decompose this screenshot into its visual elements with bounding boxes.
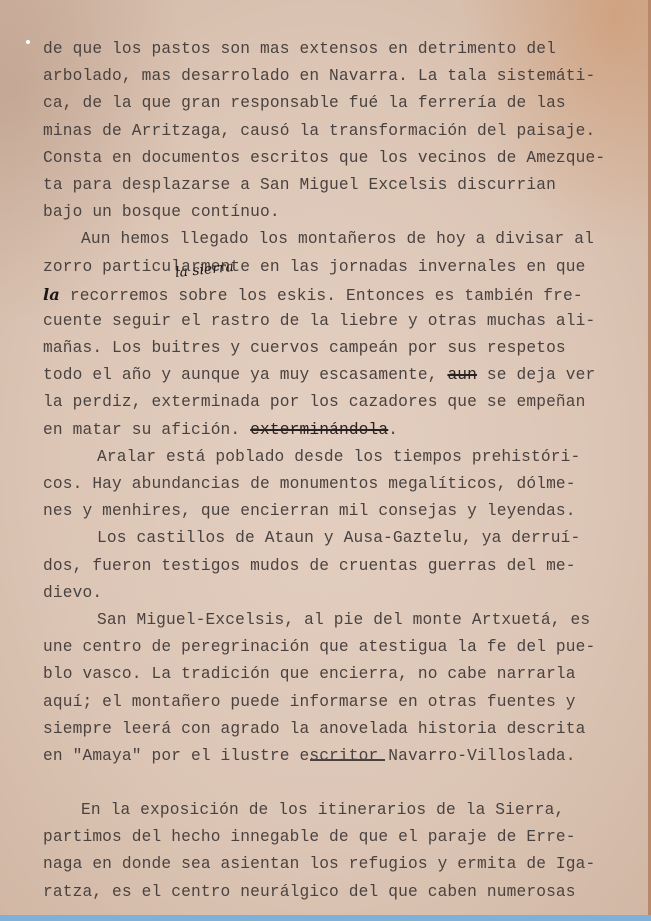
text-line-with-edit: la recorremos sobre los eskis. Entonces …	[43, 281, 643, 308]
text-line-content: en matar su afición.	[43, 421, 240, 439]
text-line: Aun hemos llegado los montañeros de hoy …	[43, 226, 643, 253]
handwritten-prefix: la	[43, 285, 60, 304]
viewer-bottom-bar	[0, 915, 651, 921]
text-line: ca, de la que gran responsable fué la fe…	[43, 90, 643, 117]
text-line: aquí; el montañero puede informarse en o…	[43, 689, 643, 716]
text-line: nes y menhires, que encierran mil consej…	[43, 498, 643, 525]
paragraph-3: Aralar está poblado desde los tiempos pr…	[43, 444, 643, 526]
paper-speck	[26, 40, 30, 44]
struck-word: aun	[447, 366, 477, 384]
text-line: une centro de peregrinación que atestigu…	[43, 634, 643, 661]
struck-word: exterminándola	[250, 421, 388, 439]
document-body: de que los pastos son mas extensos en de…	[43, 36, 643, 906]
text-line: cuente seguir el rastro de la liebre y o…	[43, 308, 643, 335]
text-line: dos, fueron testigos mudos de cruentas g…	[43, 553, 643, 580]
text-line-content: recorremos sobre los eskis. Entonces es …	[70, 287, 583, 305]
text-line: arbolado, mas desarrolado en Navarra. La…	[43, 63, 643, 90]
paragraph-4: Los castillos de Ataun y Ausa-Gaztelu, y…	[43, 525, 643, 607]
text-line: ratza, es el centro neurálgico del que c…	[43, 879, 643, 906]
text-line: Aralar está poblado desde los tiempos pr…	[43, 444, 643, 471]
text-line: de que los pastos son mas extensos en de…	[43, 36, 643, 63]
text-line: En la exposición de los itinerarios de l…	[43, 797, 643, 824]
text-line-with-strike: todo el año y aunque ya muy escasamente,…	[43, 362, 643, 389]
text-line: la perdiz, exterminada por los cazadores…	[43, 389, 643, 416]
text-line: bajo un bosque contínuo.	[43, 199, 643, 226]
text-line: minas de Arritzaga, causó la transformac…	[43, 118, 643, 145]
paragraph-6: En la exposición de los itinerarios de l…	[43, 797, 643, 906]
section-divider	[310, 759, 385, 761]
text-line: cos. Hay abundancias de monumentos megal…	[43, 471, 643, 498]
text-line: ta para desplazarse a San Miguel Excelsi…	[43, 172, 643, 199]
text-line: mañas. Los buitres y cuervos campeán por…	[43, 335, 643, 362]
text-line-content: todo el año y aunque ya muy escasamente,…	[43, 366, 595, 384]
text-line: naga en donde sea asientan los refugios …	[43, 851, 643, 878]
text-line: blo vasco. La tradición que encierra, no…	[43, 661, 643, 688]
text-line: siempre leerá con agrado la anovelada hi…	[43, 716, 643, 743]
paragraph-1: de que los pastos son mas extensos en de…	[43, 36, 643, 226]
text-line-with-strike: en matar su afición. exterminándola.	[43, 417, 643, 444]
text-line: dievo.	[43, 580, 643, 607]
text-line: Los castillos de Ataun y Ausa-Gaztelu, y…	[43, 525, 643, 552]
paragraph-2: Aun hemos llegado los montañeros de hoy …	[43, 226, 643, 444]
text-line: en "Amaya" por el ilustre escritor Navar…	[43, 743, 643, 770]
text-line: partimos del hecho innegable de que el p…	[43, 824, 643, 851]
text-line: Consta en documentos escritos que los ve…	[43, 145, 643, 172]
paragraph-5: San Miguel-Excelsis, al pie del monte Ar…	[43, 607, 643, 770]
text-line: San Miguel-Excelsis, al pie del monte Ar…	[43, 607, 643, 634]
section-gap	[43, 770, 643, 797]
text-line: zorro particularmente en las jornadas in…	[43, 254, 643, 281]
